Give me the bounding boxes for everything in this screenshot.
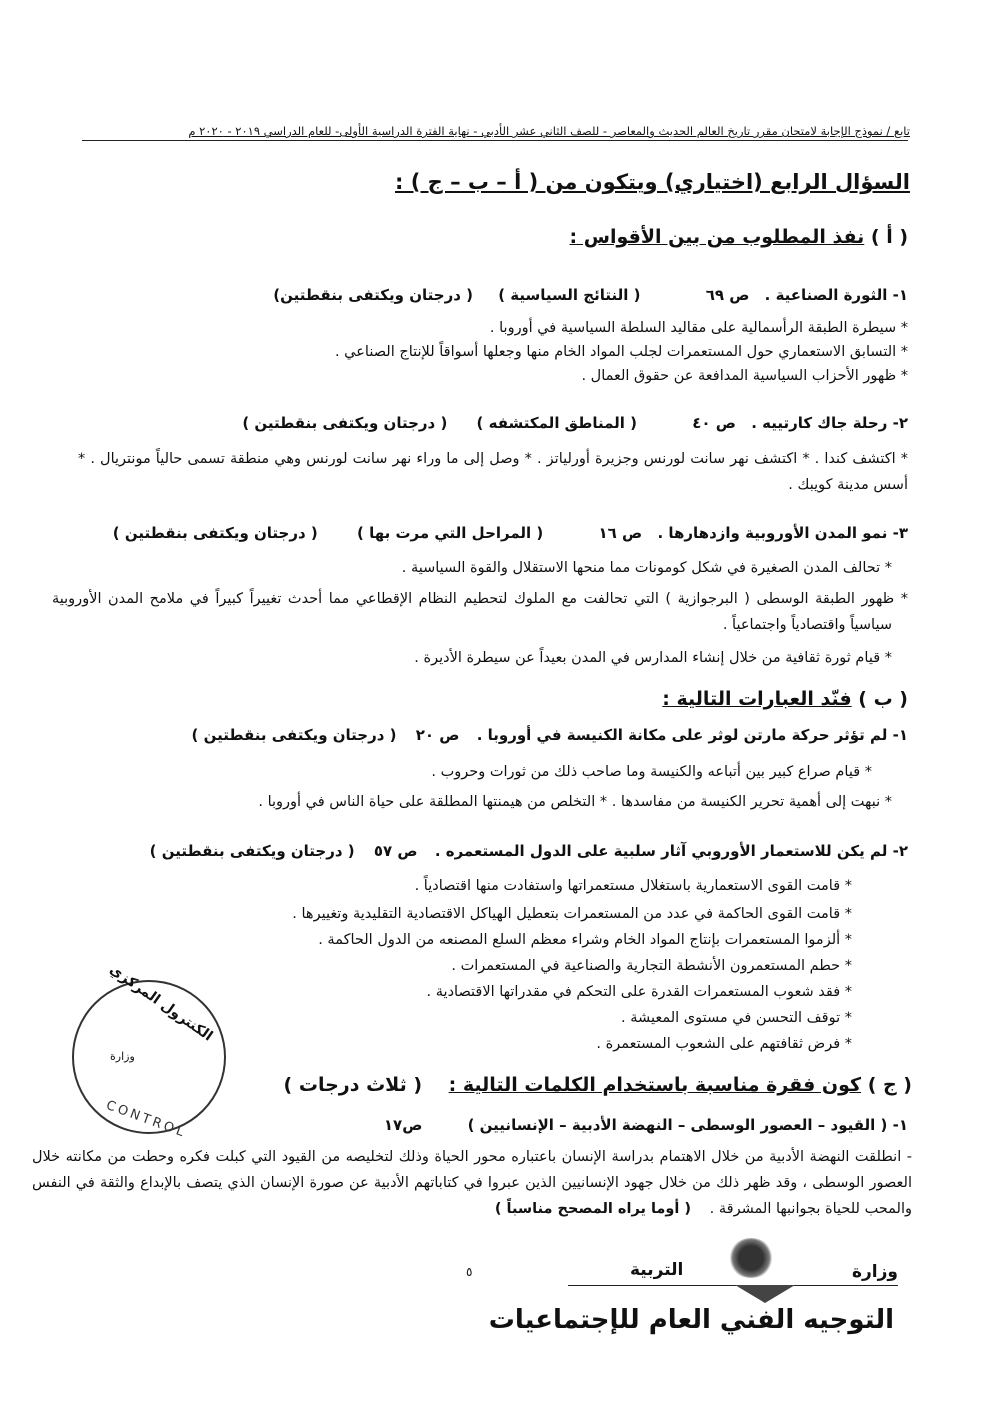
- a1-bullet-1: * سيطرة الطبقة الرأسمالية على مقاليد الس…: [490, 320, 908, 336]
- b2-bullet-6: * توقف التحسن في مستوى المعيشة .: [621, 1010, 852, 1026]
- c1-answer: - انطلقت النهضة الأدبية من خلال الاهتمام…: [32, 1144, 912, 1222]
- a3-task: ( المراحل التي مرت بها ): [357, 524, 543, 542]
- a2-page: ص ٤٠: [692, 414, 736, 432]
- section-b-title: فنّد العبارات التالية :: [662, 688, 851, 710]
- a3-bullet-1: * تحالف المدن الصغيرة في شكل كومونات مما…: [402, 560, 892, 576]
- stamp-inner-text: وزارة: [110, 1050, 135, 1063]
- section-c-grade: ( ثلاث درجات ): [284, 1074, 422, 1096]
- b2-bullet-1: * قامت القوى الاستعمارية باستغلال مستعمر…: [415, 878, 852, 894]
- a3-bullet-2: * ظهور الطبقة الوسطى ( البرجوازية ) التي…: [52, 586, 908, 638]
- section-b-heading: ( ب ) فنّد العبارات التالية :: [662, 688, 908, 710]
- a2-number: ٢-: [893, 414, 908, 432]
- section-a-heading: ( أ ) نفذ المطلوب من بين الأقواس :: [570, 226, 908, 248]
- c1-page: ص١٧: [384, 1116, 423, 1134]
- running-header: تابع / نموذج الإجابة لامتحان مقرر تاريخ …: [80, 124, 910, 138]
- b2-page: ص ٥٧: [374, 842, 418, 860]
- a1-bullet-2: * التسابق الاستعماري حول المستعمرات لجلب…: [335, 344, 908, 360]
- section-c-title: كون فقرة مناسبة باستخدام الكلمات التالية…: [449, 1074, 861, 1096]
- a2-answer: * اكتشف كندا . * اكتشف نهر سانت لورنس وج…: [78, 446, 908, 498]
- kuwait-emblem-icon: [728, 1238, 774, 1278]
- a1-task: ( النتائج السياسية ): [498, 286, 640, 304]
- page-number: ٥: [466, 1265, 472, 1279]
- a1-bullet-3: * ظهور الأحزاب السياسية المدافعة عن حقوق…: [581, 368, 908, 384]
- b1-page: ص ٢٠: [416, 726, 460, 744]
- a2-heading: ٢- رحلة جاك كارتييه . ص ٤٠ ( المناطق الم…: [242, 414, 908, 432]
- a1-number: ١-: [893, 286, 908, 304]
- section-b-label: ( ب ): [858, 688, 908, 710]
- c1-heading: ١- ( القيود – العصور الوسطى – النهضة الأ…: [384, 1116, 908, 1134]
- question-title: السؤال الرابع (اختياري) ويتكون من ( أ – …: [395, 170, 910, 194]
- section-c-heading: ( ج ) كون فقرة مناسبة باستخدام الكلمات ا…: [284, 1074, 912, 1096]
- department-name: التوجيه الفني العام للإجتماعيات: [489, 1305, 894, 1335]
- a3-bullet-3: * قيام ثورة ثقافية من خلال إنشاء المدارس…: [414, 650, 892, 666]
- header-divider: [82, 140, 908, 141]
- a3-page: ص ١٦: [599, 524, 643, 542]
- a3-number: ٣-: [893, 524, 908, 542]
- a2-grade: ( درجتان ويكتفى بنقطتين ): [242, 414, 447, 432]
- logo-underline: [568, 1285, 898, 1286]
- ministry-word: وزارة: [852, 1262, 898, 1282]
- a1-heading: ١- الثورة الصناعية . ص ٦٩ ( النتائج السي…: [273, 286, 908, 304]
- b2-bullet-2: * قامت القوى الحاكمة في عدد من المستعمرا…: [292, 906, 852, 922]
- b1-grade: ( درجتان ويكتفى بنقطتين ): [192, 726, 397, 744]
- running-header-text: تابع / نموذج الإجابة لامتحان مقرر تاريخ …: [188, 124, 910, 138]
- section-a-label: ( أ ): [871, 226, 908, 248]
- b1-bullet-2: * نبهت إلى أهمية تحرير الكنيسة من مفاسده…: [258, 794, 892, 810]
- b2-statement: لم يكن للاستعمار الأوروبي آثار سلبية على…: [435, 842, 888, 860]
- logo-chevron-icon: [735, 1285, 795, 1303]
- b1-bullet-1: * قيام صراع كبير بين أتباعه والكنيسة وما…: [431, 764, 872, 780]
- b1-heading: ١- لم تؤثر حركة مارتن لوثر على مكانة الك…: [192, 726, 908, 744]
- b2-grade: ( درجتان ويكتفى بنقطتين ): [150, 842, 355, 860]
- a1-grade: ( درجتان ويكتفى بنقطتين): [273, 286, 473, 304]
- c1-alternative: ( أوما يراه المصحح مناسباً ): [495, 1201, 691, 1217]
- a1-page: ص ٦٩: [706, 286, 750, 304]
- a2-topic: رحلة جاك كارتييه .: [751, 414, 887, 432]
- b2-bullet-5: * فقد شعوب المستعمرات القدرة على التحكم …: [427, 984, 852, 1000]
- a3-heading: ٣- نمو المدن الأوروبية وازدهارها . ص ١٦ …: [113, 524, 908, 542]
- b2-number: ٢-: [893, 842, 908, 860]
- education-word: التربية: [630, 1260, 683, 1280]
- section-c-label: ( ج ): [868, 1074, 912, 1096]
- a1-topic: الثورة الصناعية .: [765, 286, 888, 304]
- b2-bullet-3: * ألزموا المستعمرات بإنتاج المواد الخام …: [318, 932, 852, 948]
- section-a-title: نفذ المطلوب من بين الأقواس :: [570, 226, 865, 248]
- a3-topic: نمو المدن الأوروبية وازدهارها .: [657, 524, 887, 542]
- a3-grade: ( درجتان ويكتفى بنقطتين ): [113, 524, 318, 542]
- a2-task: ( المناطق المكتشفه ): [477, 414, 637, 432]
- b2-heading: ٢- لم يكن للاستعمار الأوروبي آثار سلبية …: [150, 842, 908, 860]
- b1-statement: لم تؤثر حركة مارتن لوثر على مكانة الكنيس…: [477, 726, 888, 744]
- c1-keywords: ( القيود – العصور الوسطى – النهضة الأدبي…: [468, 1116, 888, 1134]
- c1-number: ١-: [893, 1116, 908, 1134]
- c1-answer-text: - انطلقت النهضة الأدبية من خلال الاهتمام…: [32, 1149, 912, 1217]
- b2-bullet-7: * فرض ثقافتهم على الشعوب المستعمرة .: [596, 1036, 852, 1052]
- b2-bullet-4: * حطم المستعمرون الأنشطة التجارية والصنا…: [451, 958, 852, 974]
- b1-number: ١-: [893, 726, 908, 744]
